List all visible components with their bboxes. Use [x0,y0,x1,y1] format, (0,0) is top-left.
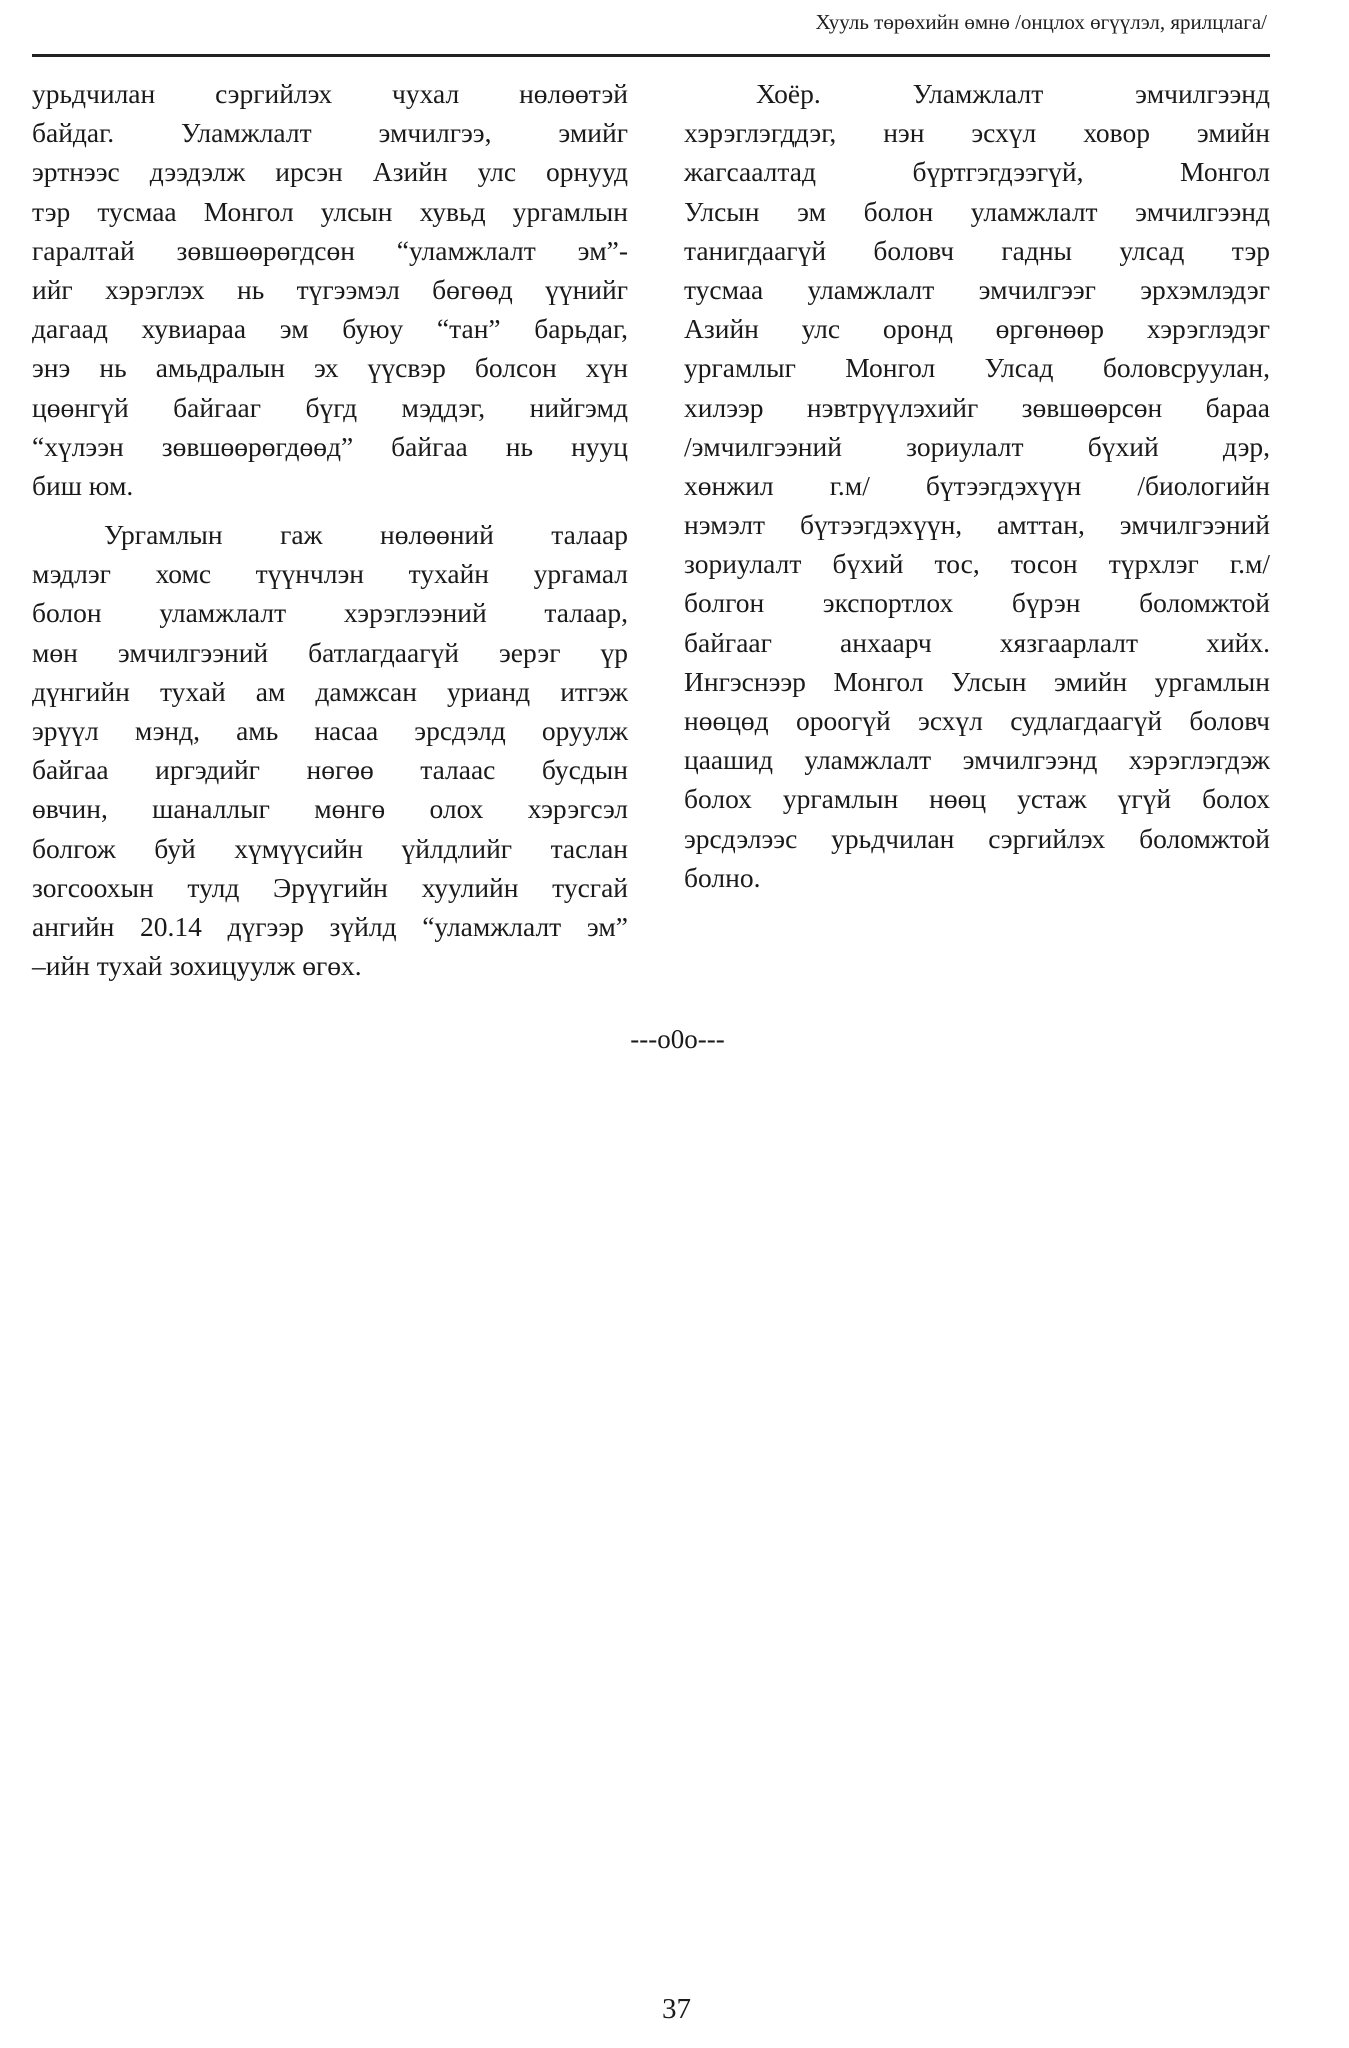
text-line: нөөцөд ороогүй эсхүл судлагдаагүй боловч [684,701,1270,740]
text-line: жагсаалтад бүртгэгдээгүй, Монгол [684,152,1270,191]
text-line: тусмаа уламжлалт эмчилгээг эрхэмлэдэг [684,270,1270,309]
text-line: урьдчилан сэргийлэх чухал нөлөөтэй [32,74,628,113]
text-line: байгааг анхаарч хязгаарлалт хийх. [684,623,1270,662]
text-line: Хоёр. Уламжлалт эмчилгээнд [684,74,1270,113]
text-line: ийг хэрэглэх нь түгээмэл бөгөөд үүнийг [32,270,628,309]
text-line: Ургамлын гаж нөлөөний талаар [32,515,628,554]
text-line: хилээр нэвтрүүлэхийг зөвшөөрсөн бараа [684,388,1270,427]
text-line: байдаг. Уламжлалт эмчилгээ, эмийг [32,113,628,152]
page-number: 37 [0,1991,1349,2027]
text-line: цөөнгүй байгааг бүгд мэддэг, нийгэмд [32,388,628,427]
text-line: ангийн 20.14 дүгээр зүйлд “уламжлалт эм” [32,907,628,946]
text-line: ургамлыг Монгол Улсад боловсруулан, [684,348,1270,387]
text-line: гаралтай зөвшөөрөгдсөн “уламжлалт эм”- [32,231,628,270]
text-line: нэмэлт бүтээгдэхүүн, амттан, эмчилгээний [684,505,1270,544]
text-line: хөнжил г.м/ бүтээгдэхүүн /биологийн [684,466,1270,505]
text-line: зогсоохын тулд Эрүүгийн хуулийн тусгай [32,868,628,907]
text-line: эрүүл мэнд, амь насаа эрсдэлд оруулж [32,711,628,750]
paragraph: Ургамлын гаж нөлөөний талаар мэдлэг хомс… [32,515,628,985]
text-line: болгож буй хүмүүсийн үйлдлийг таслан [32,829,628,868]
text-line: цаашид уламжлалт эмчилгээнд хэрэглэгдэж [684,740,1270,779]
text-line: дүнгийн тухай ам дамжсан урианд итгэж [32,672,628,711]
paragraph: Хоёр. Уламжлалт эмчилгээнд хэрэглэгддэг,… [684,74,1270,897]
text-line: болон уламжлалт хэрэглээний талаар, [32,593,628,632]
text-line: байгаа иргэдийг нөгөө талаас бусдын [32,750,628,789]
text-line: мөн эмчилгээний батлагдаагүй эерэг үр [32,633,628,672]
text-line: энэ нь амьдралын эх үүсвэр болсон хүн [32,348,628,387]
text-line: Ингэснээр Монгол Улсын эмийн ургамлын [684,662,1270,701]
running-header-title: Хууль төрөхийн өмнө /онцлох өгүүлэл, яри… [815,8,1267,36]
text-line: болгон экспортлох бүрэн боломжтой [684,583,1270,622]
text-line: болох ургамлын нөөц устаж үгүй болох [684,779,1270,818]
text-line: танигдаагүй боловч гадны улсад тэр [684,231,1270,270]
right-column: Хоёр. Уламжлалт эмчилгээнд хэрэглэгддэг,… [684,74,1270,907]
text-line: зориулалт бүхий тос, тосон түрхлэг г.м/ [684,544,1270,583]
header-divider [32,54,1270,57]
text-line: –ийн тухай зохицуулж өгөх. [32,946,628,985]
text-line: эрсдэлээс урьдчилан сэргийлэх боломжтой [684,819,1270,858]
text-line: тэр тусмаа Монгол улсын хувьд ургамлын [32,192,628,231]
text-line: Азийн улс оронд өргөнөөр хэрэглэдэг [684,309,1270,348]
left-column: урьдчилан сэргийлэх чухал нөлөөтэй байда… [32,74,628,995]
text-line: хэрэглэгддэг, нэн эсхүл ховор эмийн [684,113,1270,152]
text-line: мэдлэг хомс түүнчлэн тухайн ургамал [32,554,628,593]
text-line: “хүлээн зөвшөөрөгдөөд” байгаа нь нууц [32,427,628,466]
text-line: Улсын эм болон уламжлалт эмчилгээнд [684,192,1270,231]
text-line: эртнээс дээдэлж ирсэн Азийн улс орнууд [32,152,628,191]
text-line: дагаад хувиараа эм буюу “тан” барьдаг, [32,309,628,348]
text-line: /эмчилгээний зориулалт бүхий дэр, [684,427,1270,466]
paragraph: урьдчилан сэргийлэх чухал нөлөөтэй байда… [32,74,628,505]
text-line: биш юм. [32,466,628,505]
text-line: болно. [684,858,1270,897]
section-end-separator: ---o0o--- [0,1022,1349,1056]
text-line: өвчин, шаналлыг мөнгө олох хэрэгсэл [32,789,628,828]
